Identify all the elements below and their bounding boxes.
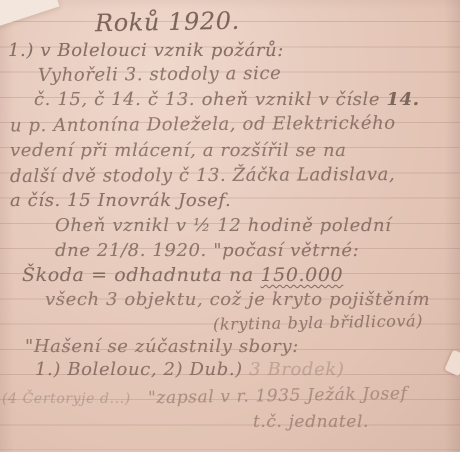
faint-pencil-note: (4 Čertoryje d...) [2, 391, 131, 407]
text-line-segment: Škoda = odhadnuta na [22, 264, 260, 286]
text-line: a čís. 15 Inovrák Josef. [10, 190, 231, 211]
page-title: Roků 1920. [95, 7, 240, 38]
overwritten-house-number: 14. [386, 89, 419, 110]
text-line-segment: 1.) Bolelouc, 2) Dub.) [35, 359, 249, 380]
damage-estimate-line: Škoda = odhadnuta na 150.000 [22, 264, 343, 286]
parenthetical-note: (krytina byla břidlicová) [213, 311, 423, 334]
text-line: u p. Antonína Doležela, od Elektrického [10, 113, 396, 137]
text-line: Oheň vznikl v ½ 12 hodině polední [55, 215, 392, 236]
text-line-segment: č. 15, č 14. č 13. oheň vznikl v čísle [34, 89, 386, 110]
text-line: vedení při mlácení, a rozšířil se na [10, 140, 347, 161]
text-line: Vyhořeli 3. stodoly a sice [38, 63, 282, 86]
brigades-heading-line: "Hašení se zúčastnily sbory: [25, 336, 299, 357]
faint-pencil-segment: 3 Brodek) [249, 359, 344, 380]
brigades-list-line: 1.) Bolelouc, 2) Dub.) 3 Brodek) [35, 359, 344, 380]
text-line: všech 3 objektu, což je kryto pojištěním [45, 289, 430, 310]
underlined-amount: 150.000 [260, 264, 343, 286]
text-line: dne 21/8. 1920. "počasí větrné: [55, 240, 359, 261]
scribe-signature-line: "zapsal v r. 1935 Ježák Josef [148, 384, 408, 409]
entry-heading-line: 1.) v Bolelouci vznik požárů: [8, 40, 284, 61]
page-edge-tear [444, 350, 460, 377]
text-line: další dvě stodoly č 13. Žáčka Ladislava, [10, 164, 395, 187]
scribe-role-line: t.č. jednatel. [253, 412, 369, 432]
text-line: č. 15, č 14. č 13. oheň vznikl v čísle 1… [34, 89, 420, 110]
notebook-page: Roků 1920. 1.) v Bolelouci vznik požárů:… [0, 0, 460, 452]
page-corner-highlight [0, 0, 60, 28]
